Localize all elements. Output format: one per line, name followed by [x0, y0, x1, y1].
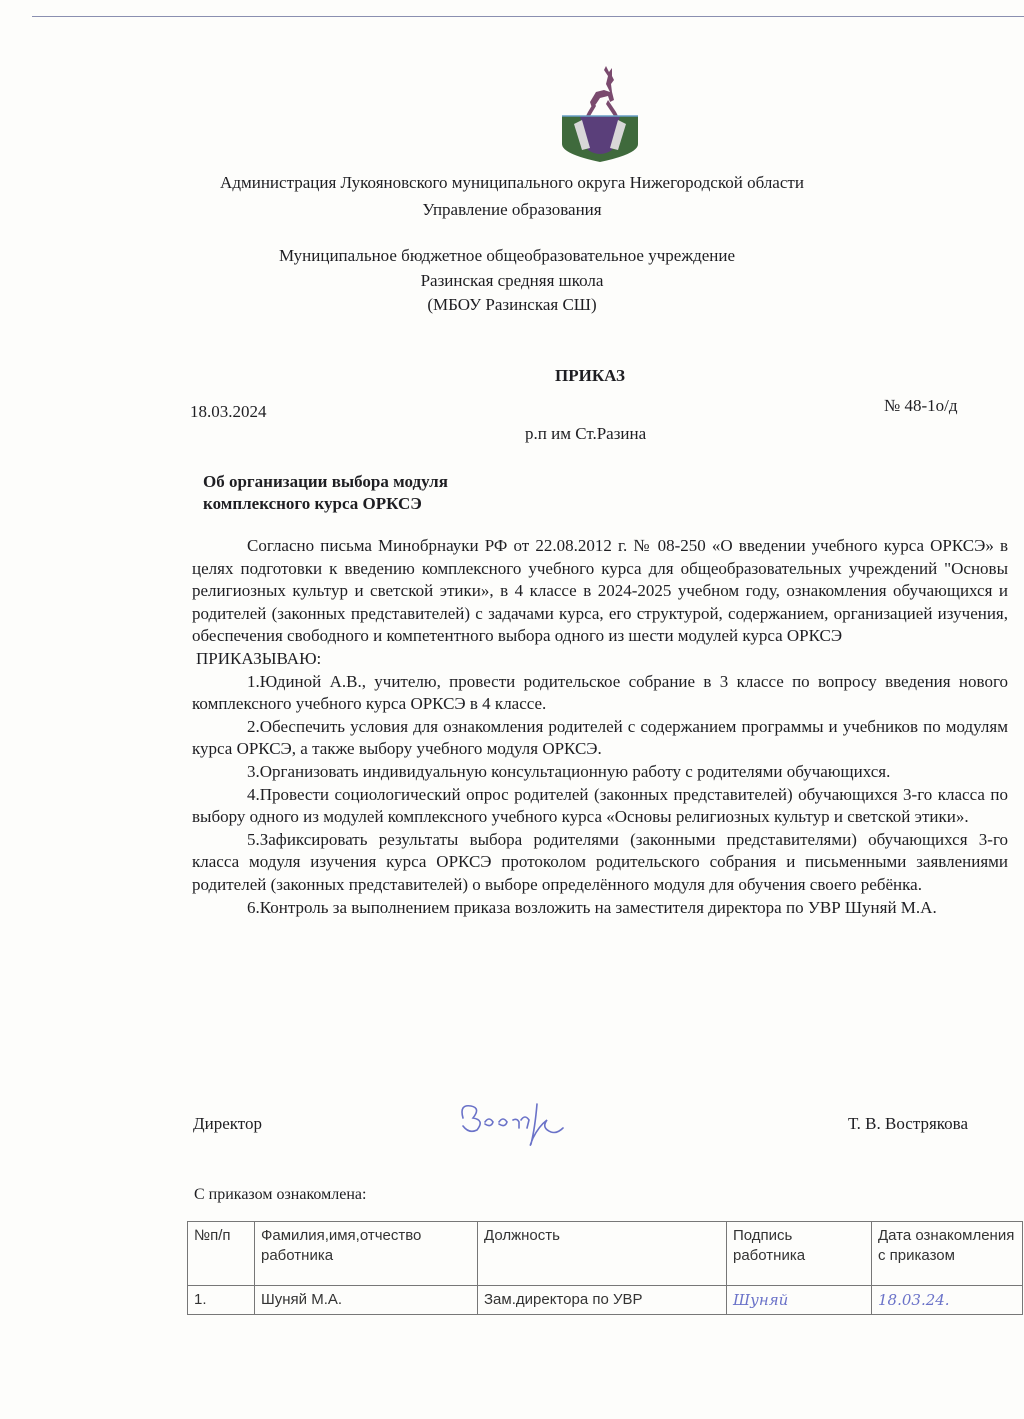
col-ack-date: Дата ознакомления с приказом — [872, 1222, 1023, 1286]
order-word: ПРИКАЗЫВАЮ: — [192, 648, 1008, 671]
col-signature: Подпись работника — [727, 1222, 872, 1286]
subject-line-1: Об организации выбора модуля — [203, 471, 448, 493]
col-full-name: Фамилия,имя,отчество работника — [255, 1222, 478, 1286]
department-name: Управление образования — [0, 199, 1024, 221]
signatory-name: Т. В. Вострякова — [848, 1114, 968, 1134]
order-body: Согласно письма Минобрнауки РФ от 22.08.… — [192, 535, 1008, 919]
row-ack-date: 18.03.24. — [872, 1286, 1023, 1315]
order-item-2: 2.Обеспечить условия для ознакомления ро… — [192, 716, 1008, 761]
order-item-6: 6.Контроль за выполнением приказа возлож… — [192, 897, 1008, 920]
administration-name: Администрация Лукояновского муниципально… — [0, 172, 1024, 194]
order-subject: Об организации выбора модуля комплексног… — [203, 471, 448, 515]
order-date: 18.03.2024 — [190, 402, 267, 422]
preamble: Согласно письма Минобрнауки РФ от 22.08.… — [192, 535, 1008, 648]
order-item-4: 4.Провести социологический опрос родител… — [192, 784, 1008, 829]
row-signature: Шуняй — [727, 1286, 872, 1315]
table-header-row: №п/п Фамилия,имя,отчество работника Долж… — [188, 1222, 1023, 1286]
order-number: № 48-1о/д — [884, 396, 958, 416]
col-position: Должность — [478, 1222, 727, 1286]
director-signature — [455, 1098, 570, 1148]
order-item-1: 1.Юдиной А.В., учителю, провести родител… — [192, 671, 1008, 716]
coat-of-arms-deer-icon — [556, 62, 644, 162]
acknowledgement-label: С приказом ознакомлена: — [194, 1186, 366, 1204]
subject-line-2: комплексного курса ОРКСЭ — [203, 493, 448, 515]
row-number: 1. — [188, 1286, 255, 1315]
order-item-5: 5.Зафиксировать результаты выбора родите… — [192, 829, 1008, 897]
order-place: р.п им Ст.Разина — [525, 424, 646, 444]
order-item-3: 3.Организовать индивидуальную консультац… — [192, 761, 1008, 784]
col-number: №п/п — [188, 1222, 255, 1286]
school-short-name: (МБОУ Разинская СШ) — [0, 294, 1024, 316]
row-position: Зам.директора по УВР — [478, 1286, 727, 1315]
document-title: ПРИКАЗ — [555, 366, 625, 386]
table-row: 1. Шуняй М.А. Зам.директора по УВР Шуняй… — [188, 1286, 1023, 1315]
institution-name: Муниципальное бюджетное общеобразователь… — [0, 245, 1019, 267]
row-full-name: Шуняй М.А. — [255, 1286, 478, 1315]
signatory-position: Директор — [193, 1114, 262, 1134]
scan-top-rule — [32, 16, 1024, 17]
acknowledgement-table: №п/п Фамилия,имя,отчество работника Долж… — [187, 1221, 1023, 1315]
school-name: Разинская средняя школа — [0, 270, 1024, 292]
